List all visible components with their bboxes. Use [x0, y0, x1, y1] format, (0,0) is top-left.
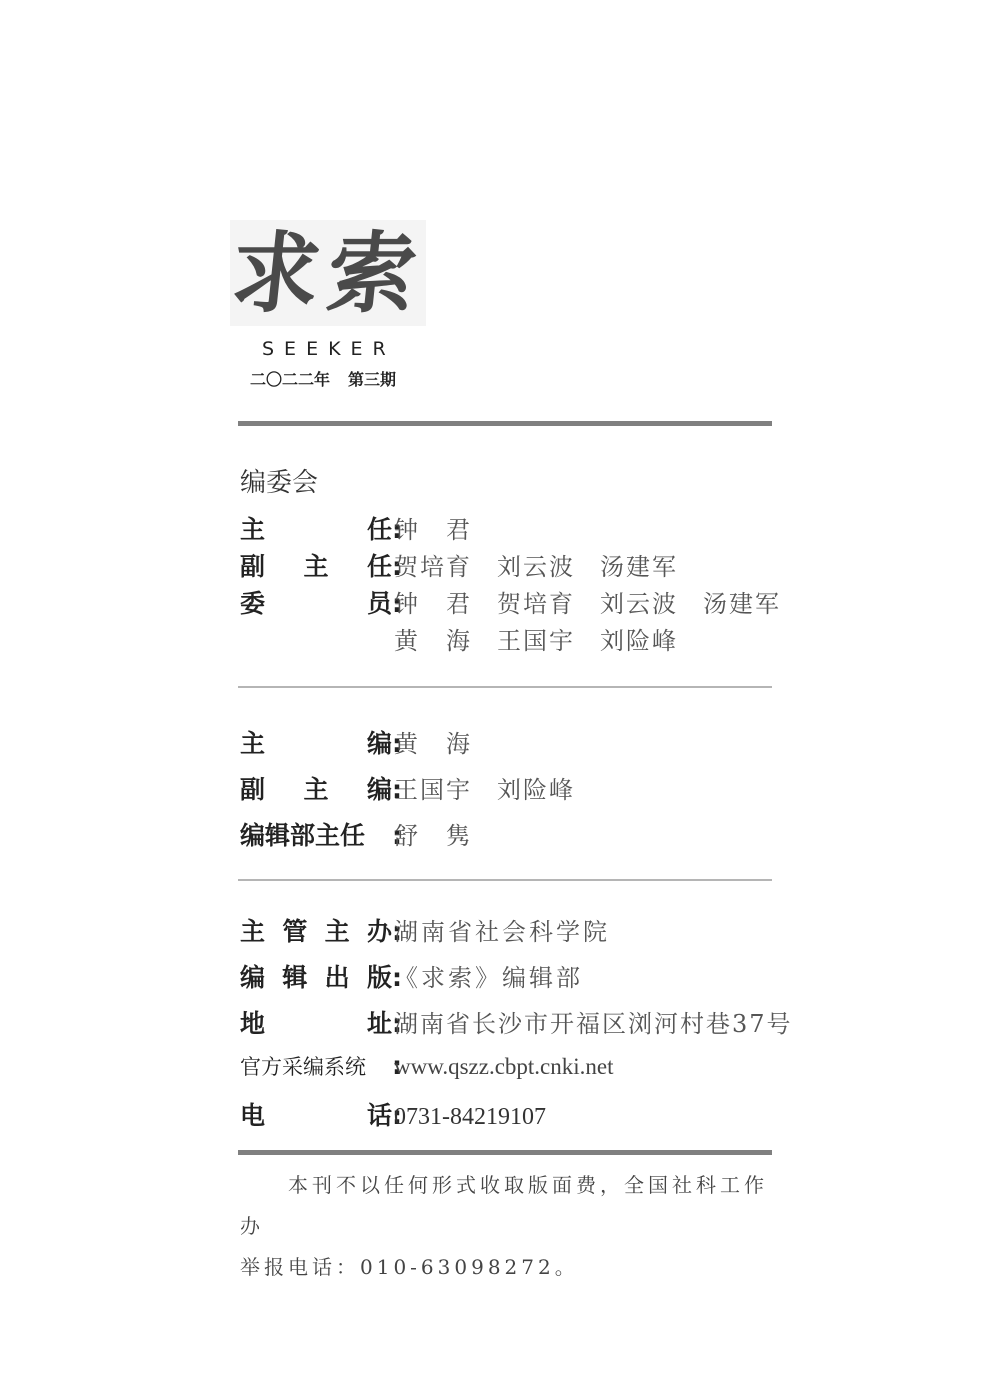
row-label: 主管主办	[240, 912, 392, 948]
phone-row: 电话 : 0731-84219107	[240, 1096, 546, 1132]
member-name: 王国宇	[497, 621, 600, 656]
issue-year: 二〇二二年	[250, 370, 330, 389]
member-name: 刘云波	[497, 547, 600, 582]
footer-line-2: 举报电话：010-63098272。	[240, 1247, 774, 1288]
divider-bottom	[238, 1150, 772, 1155]
board-row-members-cont: 黄 海 王国宇 刘险峰	[240, 621, 703, 656]
member-name: 汤建军	[703, 584, 806, 619]
footer-notice: 本刊不以任何形式收取版面费，全国社科工作办 举报电话：010-63098272。	[240, 1165, 774, 1288]
row-label: 副主编	[240, 770, 392, 806]
editor-name: 刘险峰	[497, 770, 600, 805]
row-label: 主编	[240, 724, 392, 760]
phone-value: 0731-84219107	[394, 1104, 546, 1131]
row-label: 委员	[240, 584, 392, 620]
row-label: 编辑出版	[240, 958, 392, 994]
member-name: 刘云波	[600, 584, 703, 619]
editor-name: 黄 海	[394, 724, 497, 759]
journal-logo: 求索	[230, 220, 426, 326]
address-value: 湖南省长沙市开福区浏河村巷37号	[394, 1004, 793, 1039]
editor-name: 舒 隽	[394, 816, 497, 851]
row-label: 电话	[240, 1096, 392, 1132]
member-name: 黄 海	[394, 621, 497, 656]
member-name: 贺培育	[497, 584, 600, 619]
board-row-members: 委员 : 钟 君 贺培育 刘云波 汤建军	[240, 584, 806, 620]
divider-editors	[238, 879, 772, 881]
member-name: 钟 君	[394, 584, 497, 619]
issue-info: 二〇二二年第三期	[250, 367, 396, 390]
sponsor-value: 湖南省社会科学院	[394, 912, 610, 947]
divider-board	[238, 686, 772, 688]
footer-line-1: 本刊不以任何形式收取版面费，全国社科工作办	[240, 1165, 774, 1247]
row-label: 主任	[240, 510, 392, 546]
sponsor-row: 主管主办 : 湖南省社会科学院	[240, 912, 610, 948]
publisher-row: 编辑出版 : 《求索》编辑部	[240, 958, 583, 994]
editor-in-chief-row: 主编 : 黄 海	[240, 724, 497, 760]
issue-number: 第三期	[348, 370, 396, 389]
member-name: 钟 君	[394, 510, 497, 545]
row-label: 副主任	[240, 547, 392, 583]
editor-name: 王国宇	[394, 770, 497, 805]
row-label: 地址	[240, 1004, 392, 1040]
member-name: 刘险峰	[600, 621, 703, 656]
row-label: 官方采编系统	[240, 1051, 392, 1081]
logo-calligraphy: 求索	[227, 229, 428, 317]
deputy-editor-row: 副主编 : 王国宇 刘险峰	[240, 770, 600, 806]
board-row-deputy-director: 副主任 : 贺培育 刘云波 汤建军	[240, 547, 703, 583]
row-label: 编辑部主任	[240, 816, 392, 852]
journal-english-name: SEEKER	[262, 338, 396, 360]
office-director-row: 编辑部主任 : 舒 隽	[240, 816, 497, 852]
address-row: 地址 : 湖南省长沙市开福区浏河村巷37号	[240, 1004, 793, 1040]
member-name: 贺培育	[394, 547, 497, 582]
editorial-board-title: 编委会	[240, 462, 318, 499]
publisher-value: 《求索》编辑部	[394, 958, 583, 993]
divider-top	[238, 421, 772, 426]
member-name: 汤建军	[600, 547, 703, 582]
submission-system-row: 官方采编系统 : www.qszz.cbpt.cnki.net	[240, 1051, 614, 1081]
submission-system-link[interactable]: www.qszz.cbpt.cnki.net	[394, 1054, 614, 1080]
board-row-director: 主任 : 钟 君	[240, 510, 497, 546]
